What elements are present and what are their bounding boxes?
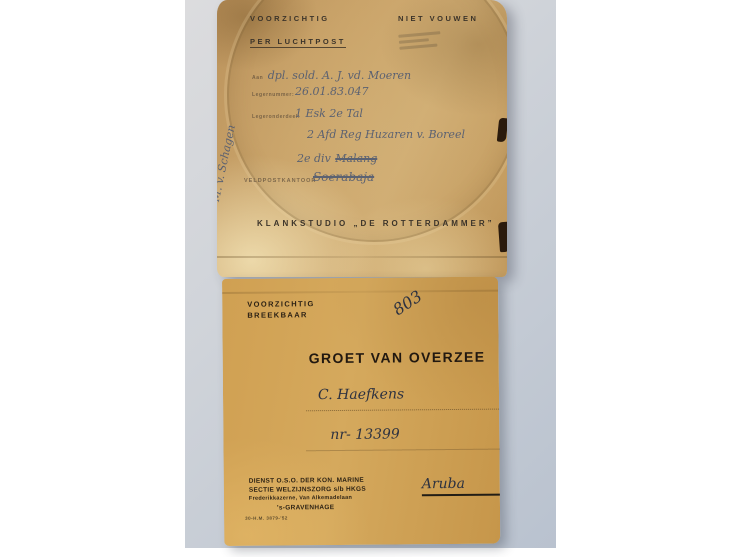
caution-line1: VOORZICHTIG: [247, 298, 315, 310]
number-handwriting: nr- 13399: [330, 426, 400, 443]
army-number-label: Legernummer:: [252, 92, 294, 98]
address-to-line: Aan dpl. sold. A. J. vd. Moeren: [252, 66, 411, 84]
destination-underlined: Aruba: [422, 475, 501, 497]
caution-label: VOORZICHTIG: [250, 14, 330, 23]
rotated-side-note-handwriting: M. v. Schagen: [217, 124, 238, 203]
unit-line3: 2e div Malang: [297, 149, 377, 167]
destination-handwriting: Aruba: [422, 476, 465, 492]
studio-label: KLANKSTUDIO „DE ROTTERDAMMER”: [257, 219, 495, 228]
top-envelope: VOORZICHTIG NIET VOUWEN PER LUCHTPOST Aa…: [217, 0, 507, 277]
photo-of-envelopes: VOORZICHTIG NIET VOUWEN PER LUCHTPOST Aa…: [0, 0, 740, 557]
unit-handwriting: 1 Esk 2e Tal: [295, 107, 363, 120]
torn-edge: [497, 118, 507, 143]
crease-line: [217, 256, 507, 258]
name-dotted-line: C. Haefkens: [306, 383, 500, 412]
unit-label: Legeronderdeel:: [252, 114, 300, 120]
faint-stamp: [398, 31, 441, 53]
torn-edge: [498, 222, 507, 253]
airmail-label: PER LUCHTPOST: [250, 37, 346, 48]
print-code: 30-H.M. 3879-'52: [245, 515, 288, 520]
to-prefix-label: Aan: [252, 75, 263, 81]
sender-address-block: DIENST O.S.O. DER KON. MARINE SECTIE WEL…: [249, 476, 366, 513]
unit-line2-handwriting: 2 Afd Reg Huzaren v. Boreel: [307, 128, 465, 141]
unit-line3-handwriting: 2e div: [297, 152, 331, 165]
fieldpost-label: VELDPOSTKANTOOR: [244, 178, 316, 184]
bottom-envelope: VOORZICHTIG BREEKBAAR 803 GROET VAN OVER…: [222, 277, 500, 546]
addressee-handwriting: dpl. sold. A. J. vd. Moeren: [268, 69, 411, 82]
army-number-handwriting: 26.01.83.047: [295, 85, 368, 98]
no-fold-label: NIET VOUWEN: [398, 14, 478, 23]
fieldpost-struck-handwriting: Soerabaja: [313, 170, 374, 184]
sender-line4: 's-GRAVENHAGE: [249, 503, 366, 513]
flap-crease: [222, 290, 498, 294]
envelope-title: GROET VAN OVERZEE: [309, 349, 486, 367]
struck-word-handwriting: Malang: [335, 152, 377, 165]
number-dotted-line: nr- 13399: [306, 423, 500, 452]
caution-line2: BREEKBAAR: [247, 309, 315, 321]
caution-fragile-label: VOORZICHTIG BREEKBAAR: [247, 298, 315, 321]
name-handwriting: C. Haefkens: [318, 386, 404, 403]
